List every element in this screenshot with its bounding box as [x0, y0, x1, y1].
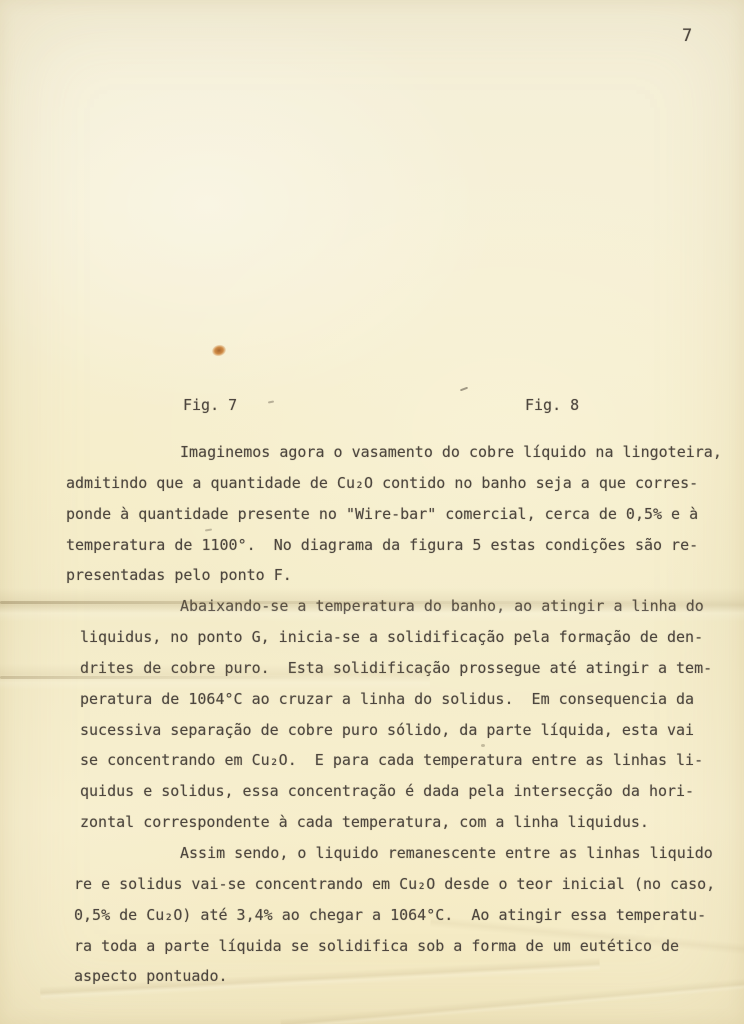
text-line: presentadas pelo ponto F.	[66, 560, 726, 591]
text-line: sucessiva separação de cobre puro sólido…	[80, 715, 726, 746]
paragraph: Abaixando-se a temperatura do banho, ao …	[80, 591, 726, 838]
text-line: Imaginemos agora o vasamento do cobre lí…	[66, 437, 726, 468]
text-line: Abaixando-se a temperatura do banho, ao …	[80, 591, 726, 622]
text-line: zontal correspondente à cada temperatura…	[80, 807, 726, 838]
text-line: liquidus, no ponto G, inicia-se a solidi…	[80, 622, 726, 653]
paragraph: Assim sendo, o liquido remanescente entr…	[74, 838, 726, 992]
text-line: re e solidus vai-se concentrando em Cu₂O…	[74, 869, 726, 900]
text-line: ra toda a parte líquida se solidifica so…	[74, 931, 726, 962]
text-line: admitindo que a quantidade de Cu₂O conti…	[66, 468, 726, 499]
figure-7-caption: Fig. 7	[183, 396, 237, 414]
text-line: ponde à quantidade presente no "Wire-bar…	[66, 499, 726, 530]
paper-speck	[268, 400, 274, 403]
paper-speck	[460, 387, 468, 392]
page-number: 7	[682, 26, 693, 46]
paragraph: Imaginemos agora o vasamento do cobre lí…	[66, 437, 726, 591]
text-line: drites de cobre puro. Esta solidificação…	[80, 653, 726, 684]
text-line: quidus e solidus, essa concentração é da…	[80, 776, 726, 807]
text-line: 0,5% de Cu₂O) até 3,4% ao chegar a 1064°…	[74, 900, 726, 931]
paper-stain	[211, 343, 227, 357]
text-line: aspecto pontuado.	[74, 961, 726, 992]
scanned-document-page: 7 Fig. 7 Fig. 8 Imaginemos agora o vasam…	[0, 0, 744, 1024]
text-line: temperatura de 1100°. No diagrama da fig…	[66, 530, 726, 561]
body-text: Imaginemos agora o vasamento do cobre lí…	[66, 437, 726, 992]
text-line: Assim sendo, o liquido remanescente entr…	[74, 838, 726, 869]
figure-8-caption: Fig. 8	[525, 396, 579, 414]
text-line: se concentrando em Cu₂O. E para cada tem…	[80, 745, 726, 776]
text-line: peratura de 1064°C ao cruzar a linha do …	[80, 684, 726, 715]
